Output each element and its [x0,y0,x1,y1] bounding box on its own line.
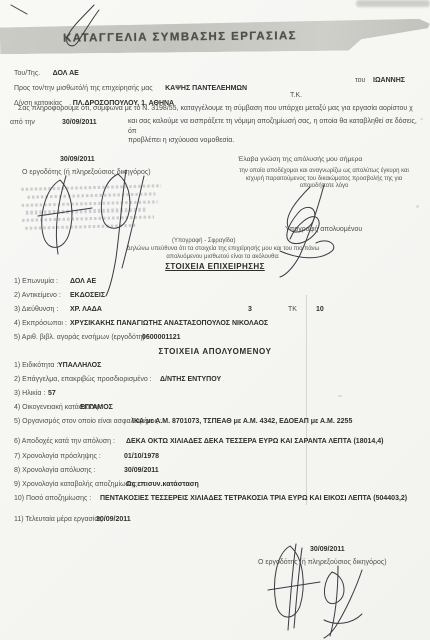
scan-speck [420,118,423,120]
company-field-row: 5) Αριθ. βιβλ. αγοράς ενσήμων (εργοδότη)… [14,334,424,346]
postal-code-label: Τ.Κ. [290,92,302,99]
scan-speck [416,205,419,208]
father-label: του [355,77,365,84]
company-field-row: 1) Επωνυμία : ΔΟΛ ΑΕ [14,278,424,290]
employee-section-heading: ΣΤΟΙΧΕΙΑ ΑΠΟΛΥΟΜΕΝΟΥ [0,347,430,356]
employee-signature-caption: Υπογραφή απολυομένου [285,226,362,233]
employer-name: ΔΟΛ ΑΕ [53,70,79,77]
employee-field-row: 6) Αποδοχές κατά την απόλυση : ΔΕΚΑ ΟΚΤΩ… [14,438,424,450]
employee-field-row: 2) Επάγγελμα, επακριβώς προσδιορισμένο :… [14,376,424,388]
employer-date-top: 30/09/2011 [60,156,95,163]
scanned-document-page: ΚΑΤΑΓΓΕΛΙΑ ΣΥΜΒΑΣΗΣ ΕΡΓΑΣΙΑΣ Του/Της. ΔΟ… [0,0,430,640]
tk-label: ΤΚ [288,306,297,313]
employee-field-row: 8) Χρονολογία απόλυσης : 30/09/2011 [14,467,424,479]
from-date-label: από την [10,119,35,126]
notice-paragraph: Σας πληροφορούμε ότι, σύμφωνα με το Ν. 3… [18,104,420,114]
employee-field-row: 9) Χρονολογία καταβολής αποζημίωσης : Ως… [14,481,424,493]
pen-mark-icon [0,0,120,60]
street-number: 3 [248,306,252,313]
to-label: Προς τον/την μισθωτό/ή της επιχείρησής μ… [14,85,153,92]
ack-title: Έλαβα γνώση της απόλυσής μου σήμερα [238,156,362,163]
from-label: Του/Της. [14,70,40,77]
employee-field-row: 7) Χρονολογία πρόσληψης : 01/10/1978 [14,453,424,465]
employee-field-row: 3) Ηλικία : 57 [14,390,424,402]
employer-signature-bottom-2 [318,562,378,640]
employee-field-row: 1) Ειδικότητα : ΥΠΑΛΛΗΛΟΣ [14,362,424,374]
company-field-row: 2) Αντικείμενο : ΕΚΔΟΣΕΙΣ [14,292,424,304]
declaration-text: Δηλώνω υπεύθυνα ότι τα στοιχεία της επιχ… [108,246,338,261]
employee-field-row: 5) Οργανισμός στον οποίο είναι ασφαλισμέ… [14,418,424,430]
notice-paragraph-2: και σας καλούμε να εισπράξετε τη νόμιμη … [128,117,423,146]
scan-smudge [356,0,430,7]
termination-date: 30/09/2011 [62,119,97,126]
company-field-row: 3) Διεύθυνση : ΧΡ. ΛΑΔΑ 3 ΤΚ 10 [14,306,424,318]
company-section-heading: ΣΤΟΙΧΕΙΑ ΕΠΙΧΕΙΡΗΣΗΣ [0,262,430,271]
employee-field-row: 4) Οικογενειακή κατάσταση : ΕΓΓΑΜΟΣ [14,404,424,416]
father-name: ΙΩΑΝΝΗΣ [373,77,405,84]
employee-field-row: 10) Ποσό αποζημίωσης : ΠΕΝΤΑΚΟΣΙΕΣ ΤΕΣΣΕ… [14,495,424,507]
employee-field-row: 11) Τελευταία μέρα εργασίας : 30/09/2011 [14,516,424,528]
scan-speck [338,395,342,397]
employee-name: ΚΑΨΗΣ ΠΑΝΤΕΛΕΗΜΩΝ [165,85,247,92]
tk-value: 10 [316,306,324,313]
company-field-row: 4) Εκπρόσωποι : ΧΡΥΣΙΚΑΚΗΣ ΠΑΝΑΓΙΩΤΗΣ ΑΝ… [14,320,424,332]
stamp-note: (Υπογραφή - Σφραγίδα) [172,238,235,244]
